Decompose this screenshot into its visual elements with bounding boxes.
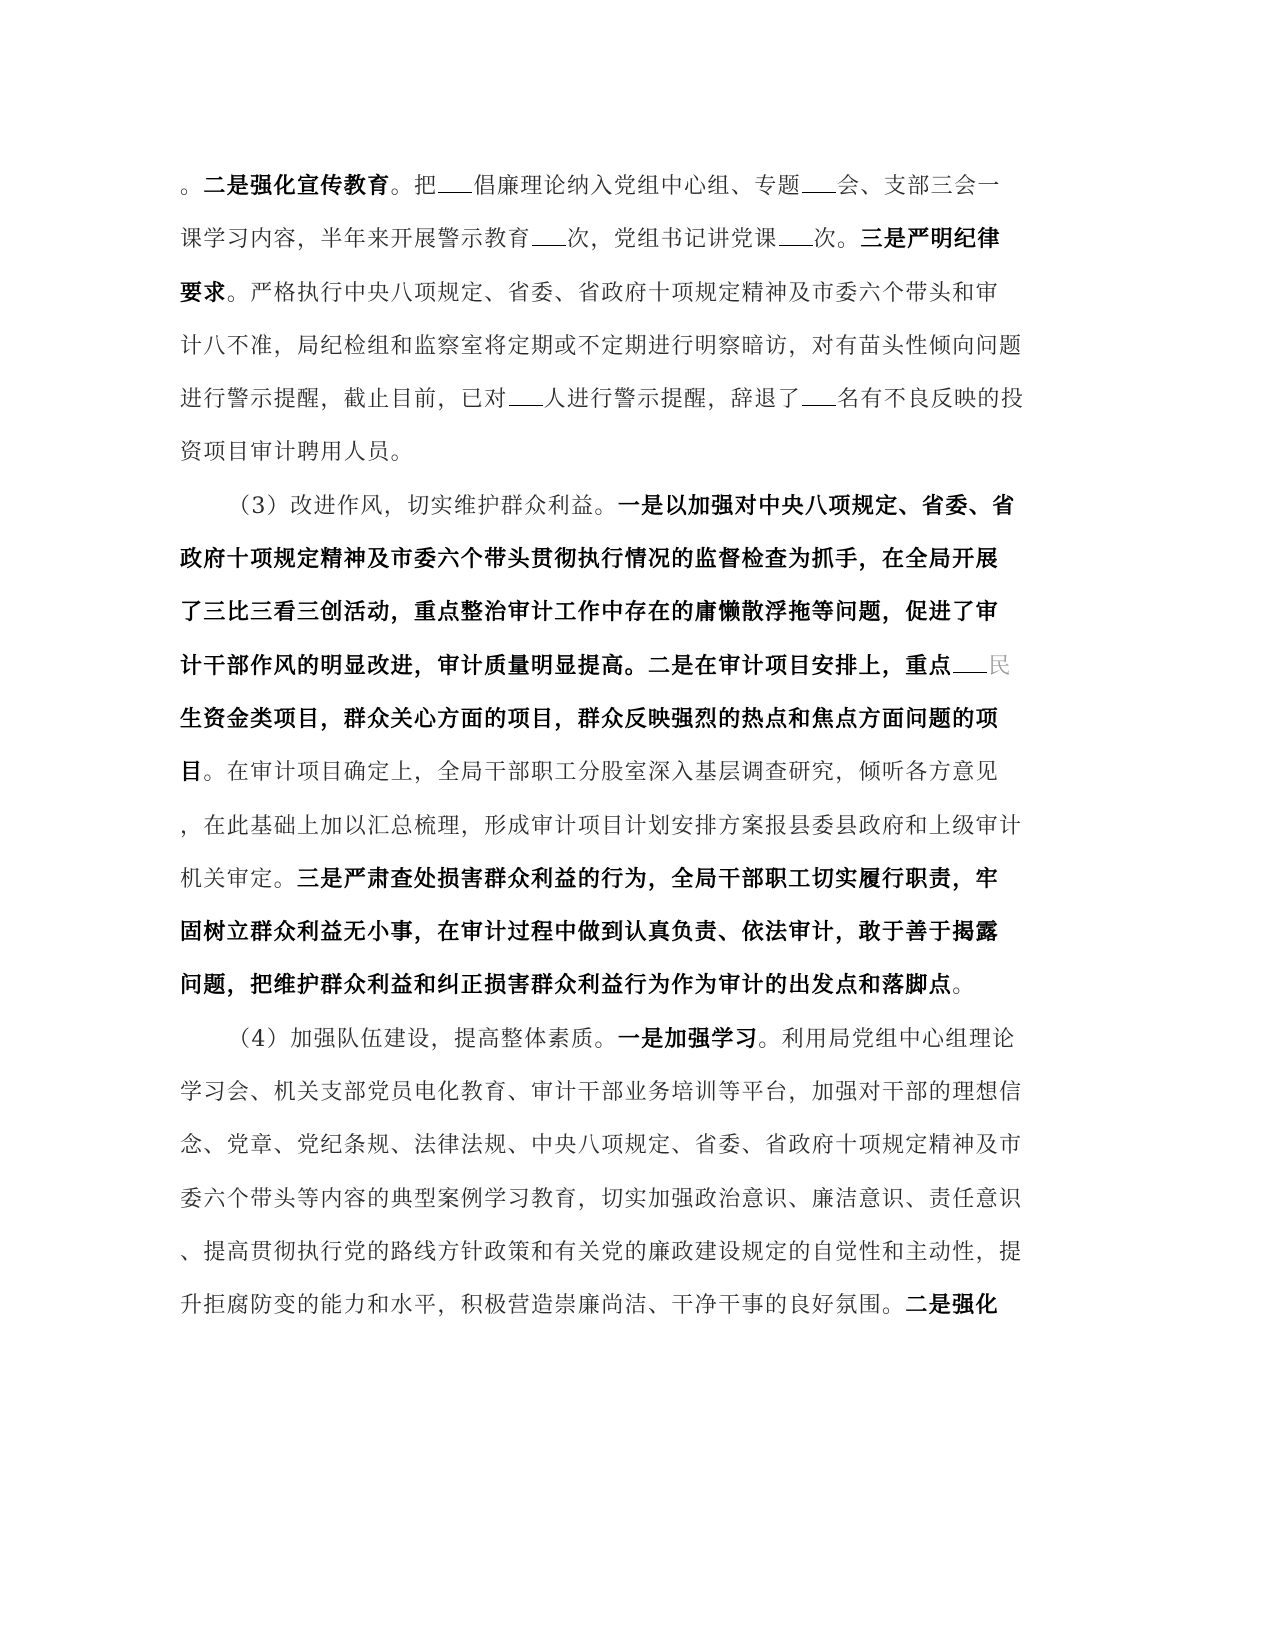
bold-text: 计干部作风的明显改进，审计质量明显提高。二是在审计项目安排上，重点 <box>180 653 952 679</box>
body-text: 学习会、机关支部党员电化教育、审计干部业务培训等平台，加强对干部的理想信 <box>180 1080 1022 1105</box>
text-line: 问题，把维护群众利益和纠正损害群众利益行为作为审计的出发点和落脚点。 <box>180 959 1040 1012</box>
text-line: 。二是强化宣传教育。把倡廉理论纳入党组中心组、专题会、支部三会一 <box>180 160 1040 213</box>
text-line: 政府十项规定精神及市委六个带头贯彻执行情况的监督检查为抓手，在全局开展 <box>180 533 1040 586</box>
bold-text: 二是强化 <box>905 1292 999 1318</box>
text-line: 资项目审计聘用人员。 <box>180 426 1040 479</box>
body-text: 名有不良反映的投 <box>837 387 1024 412</box>
body-text: 人进行警示提醒，辞退了 <box>544 387 801 412</box>
fill-in-blank <box>532 225 566 246</box>
text-line: ，在此基础上加以汇总梳理，形成审计项目计划安排方案报县委县政府和上级审计 <box>180 800 1040 853</box>
bold-text: 一是加强学习 <box>618 1026 758 1052</box>
text-line: 计干部作风的明显改进，审计质量明显提高。二是在审计项目安排上，重点民 <box>180 640 1040 693</box>
bold-text: 问题，把维护群众利益和纠正损害群众利益行为作为审计的出发点和落脚点 <box>180 972 952 998</box>
body-text: （4）加强队伍建设，提高整体素质。 <box>228 1027 618 1052</box>
text-line: 固树立群众利益无小事，在审计过程中做到认真负责、依法审计，敢于善于揭露 <box>180 906 1040 959</box>
body-text: ，在此基础上加以汇总梳理，形成审计项目计划安排方案报县委县政府和上级审计 <box>180 814 1022 839</box>
body-text: 。严格执行中央八项规定、省委、省政府十项规定精神及市委六个带头和审 <box>227 281 999 306</box>
body-text: 计八不准，局纪检组和监察室将定期或不定期进行明察暗访，对有苗头性倾向问题 <box>180 334 1022 359</box>
text-line: 了三比三看三创活动，重点整治审计工作中存在的庸懒散浮拖等问题，促进了审 <box>180 586 1040 639</box>
fill-in-blank <box>802 385 836 406</box>
text-line: （4）加强队伍建设，提高整体素质。一是加强学习。利用局党组中心组理论 <box>180 1013 1040 1066</box>
bold-text: 要求 <box>180 280 227 306</box>
body-text: 。 <box>952 973 975 998</box>
text-line: 念、党章、党纪条规、法律法规、中央八项规定、省委、省政府十项规定精神及市 <box>180 1119 1040 1172</box>
body-text: 机关审定。 <box>180 867 297 892</box>
body-text: 念、党章、党纪条规、法律法规、中央八项规定、省委、省政府十项规定精神及市 <box>180 1133 1022 1158</box>
text-line: 生资金类项目，群众关心方面的项目，群众反映强烈的热点和焦点方面问题的项 <box>180 693 1040 746</box>
fill-in-blank <box>509 385 543 406</box>
body-text: 。利用局党组中心组理论 <box>758 1027 1015 1052</box>
body-text: 委六个带头等内容的典型案例学习教育，切实加强政治意识、廉洁意识、责任意识 <box>180 1187 1022 1212</box>
body-text: 倡廉理论纳入党组中心组、专题 <box>473 174 801 199</box>
bold-text: 生资金类项目，群众关心方面的项目，群众反映强烈的热点和焦点方面问题的项 <box>180 706 999 732</box>
body-text: 。把 <box>391 174 438 199</box>
body-text: 次，党组书记讲党课 <box>567 227 778 252</box>
text-line: 要求。严格执行中央八项规定、省委、省政府十项规定精神及市委六个带头和审 <box>180 267 1040 320</box>
body-text: 进行警示提醒，截止目前，已对 <box>180 387 508 412</box>
bold-text: 二是强化宣传教育 <box>203 173 390 199</box>
body-text: 、提高贯彻执行党的路线方针政策和有关党的廉政建设规定的自觉性和主动性，提 <box>180 1240 1022 1265</box>
bold-text: 固树立群众利益无小事，在审计过程中做到认真负责、依法审计，敢于善于揭露 <box>180 919 999 945</box>
text-line: 、提高贯彻执行党的路线方针政策和有关党的廉政建设规定的自觉性和主动性，提 <box>180 1226 1040 1279</box>
text-line: 机关审定。三是严肃查处损害群众利益的行为，全局干部职工切实履行职责，牢 <box>180 853 1040 906</box>
body-text: 课学习内容，半年来开展警示教育 <box>180 227 531 252</box>
text-line: 进行警示提醒，截止目前，已对人进行警示提醒，辞退了名有不良反映的投 <box>180 373 1040 426</box>
body-text: 次。 <box>814 227 861 252</box>
body-text: （3）改进作风，切实维护群众利益。 <box>228 494 618 519</box>
body-text: 资项目审计聘用人员。 <box>180 440 414 465</box>
fill-in-blank <box>802 172 836 193</box>
text-line: 计八不准，局纪检组和监察室将定期或不定期进行明察暗访，对有苗头性倾向问题 <box>180 320 1040 373</box>
text-line: 课学习内容，半年来开展警示教育次，党组书记讲党课次。三是严明纪律 <box>180 213 1040 266</box>
body-text: 。 <box>180 174 203 199</box>
bold-text: 目 <box>180 759 203 785</box>
fill-in-blank <box>953 652 987 673</box>
text-line: 目。在审计项目确定上，全局干部职工分股室深入基层调查研究，倾听各方意见 <box>180 746 1040 799</box>
fill-in-blank <box>438 172 472 193</box>
text-line: 升拒腐防变的能力和水平，积极营造崇廉尚洁、干净干事的良好氛围。二是强化 <box>180 1279 1040 1332</box>
body-text: 会、支部三会一 <box>837 174 1001 199</box>
bold-text: 一是以加强对中央八项规定、省委、省 <box>618 493 1016 519</box>
text-line: （3）改进作风，切实维护群众利益。一是以加强对中央八项规定、省委、省 <box>180 480 1040 533</box>
bold-text: 三是严肃查处损害群众利益的行为，全局干部职工切实履行职责，牢 <box>297 866 999 892</box>
bold-text: 了三比三看三创活动，重点整治审计工作中存在的庸懒散浮拖等问题，促进了审 <box>180 599 999 625</box>
body-text: 升拒腐防变的能力和水平，积极营造崇廉尚洁、干净干事的良好氛围。 <box>180 1293 905 1318</box>
body-text: 。在审计项目确定上，全局干部职工分股室深入基层调查研究，倾听各方意见 <box>203 760 999 785</box>
bold-text: 三是严明纪律 <box>860 226 1000 252</box>
text-line: 学习会、机关支部党员电化教育、审计干部业务培训等平台，加强对干部的理想信 <box>180 1066 1040 1119</box>
text-line: 委六个带头等内容的典型案例学习教育，切实加强政治意识、廉洁意识、责任意识 <box>180 1173 1040 1226</box>
fill-in-blank <box>779 225 813 246</box>
faded-text: 民 <box>988 654 1011 679</box>
document-page: 。二是强化宣传教育。把倡廉理论纳入党组中心组、专题会、支部三会一课学习内容，半年… <box>180 160 1040 1333</box>
bold-text: 政府十项规定精神及市委六个带头贯彻执行情况的监督检查为抓手，在全局开展 <box>180 546 999 572</box>
